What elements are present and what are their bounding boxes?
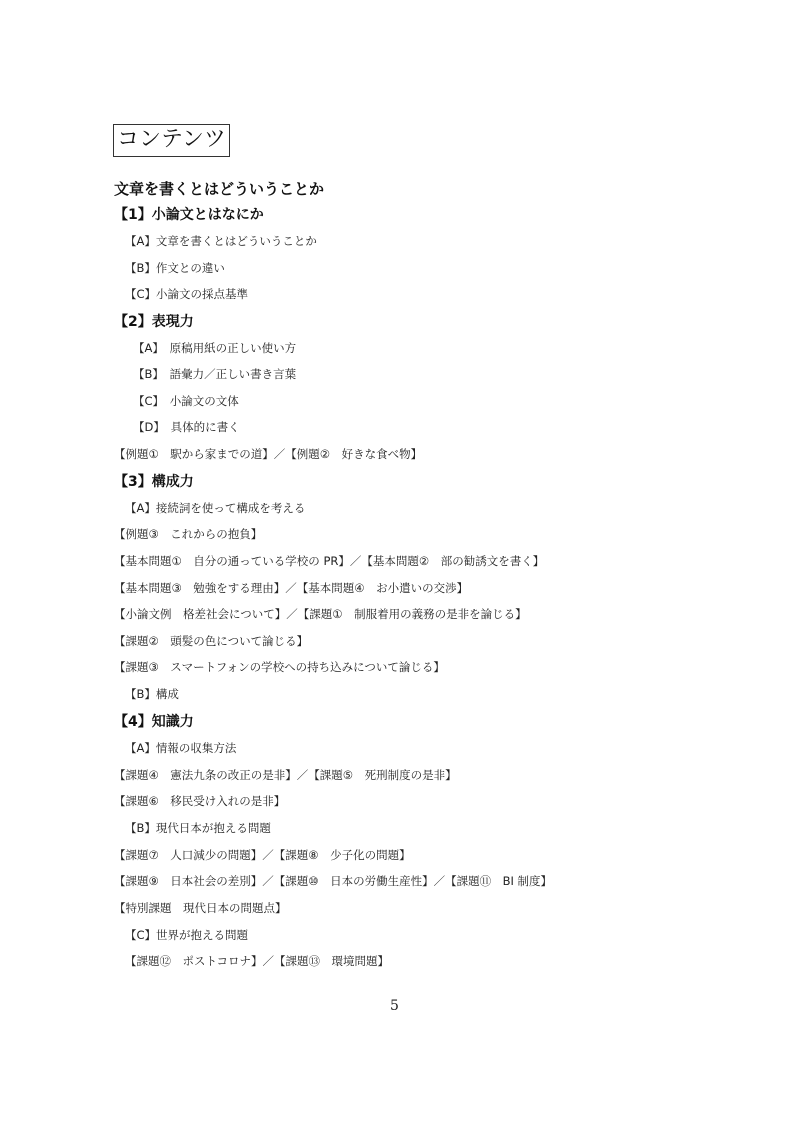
toc-item: 【課題④ 憲法九条の改正の是非】／【課題⑤ 死刑制度の是非】: [114, 767, 457, 783]
toc-item: 【課題② 頭髪の色について論じる】: [114, 633, 308, 649]
chapter-heading: 【3】構成力: [114, 471, 194, 491]
chapter-heading: 【2】表現力: [114, 311, 194, 331]
toc-item: 【A】 原稿用紙の正しい使い方: [133, 340, 296, 356]
toc-item: 【小論文例 格差社会について】／【課題① 制服着用の義務の是非を論じる】: [114, 606, 527, 622]
document-page: コンテンツ 文章を書くとはどういうことか 【1】小論文とはなにか【A】文章を書く…: [0, 0, 794, 1123]
toc-item: 【例題③ これからの抱負】: [114, 526, 262, 542]
toc-item: 【C】小論文の採点基準: [125, 286, 248, 302]
toc-item: 【例題① 駅から家までの道】／【例題② 好きな食べ物】: [114, 446, 422, 462]
toc-item: 【C】世界が抱える問題: [125, 927, 248, 943]
toc-item: 【課題⑥ 移民受け入れの是非】: [114, 793, 285, 809]
toc-item: 【B】 語彙力／正しい書き言葉: [133, 366, 296, 382]
toc-item: 【特別課題 現代日本の問題点】: [114, 900, 287, 916]
section-heading: 文章を書くとはどういうことか: [114, 178, 324, 199]
toc-item: 【B】作文との違い: [125, 260, 225, 276]
page-number: 5: [390, 998, 399, 1014]
toc-item: 【B】現代日本が抱える問題: [125, 820, 271, 836]
toc-item: 【課題⑦ 人口減少の問題】／【課題⑧ 少子化の問題】: [114, 847, 411, 863]
toc-item: 【課題⑨ 日本社会の差別】／【課題⑩ 日本の労働生産性】／【課題⑪ BI 制度】: [114, 873, 552, 889]
toc-item: 【課題③ スマートフォンの学校への持ち込みについて論じる】: [114, 659, 445, 675]
toc-item: 【C】 小論文の文体: [133, 393, 239, 409]
toc-item: 【課題⑫ ポストコロナ】／【課題⑬ 環境問題】: [125, 953, 389, 969]
page-title: コンテンツ: [113, 124, 230, 157]
toc-item: 【D】 具体的に書く: [133, 419, 240, 435]
toc-item: 【A】文章を書くとはどういうことか: [125, 233, 317, 249]
chapter-heading: 【1】小論文とはなにか: [114, 204, 264, 224]
toc-item: 【基本問題③ 勉強をする理由】／【基本問題④ お小遣いの交渉】: [114, 580, 468, 596]
toc-item: 【A】情報の収集方法: [125, 740, 236, 756]
toc-item: 【B】構成: [125, 686, 179, 702]
toc-item: 【A】接続詞を使って構成を考える: [125, 500, 305, 516]
chapter-heading: 【4】知識力: [114, 711, 194, 731]
toc-item: 【基本問題① 自分の通っている学校の PR】／【基本問題② 部の勧誘文を書く】: [114, 553, 544, 569]
